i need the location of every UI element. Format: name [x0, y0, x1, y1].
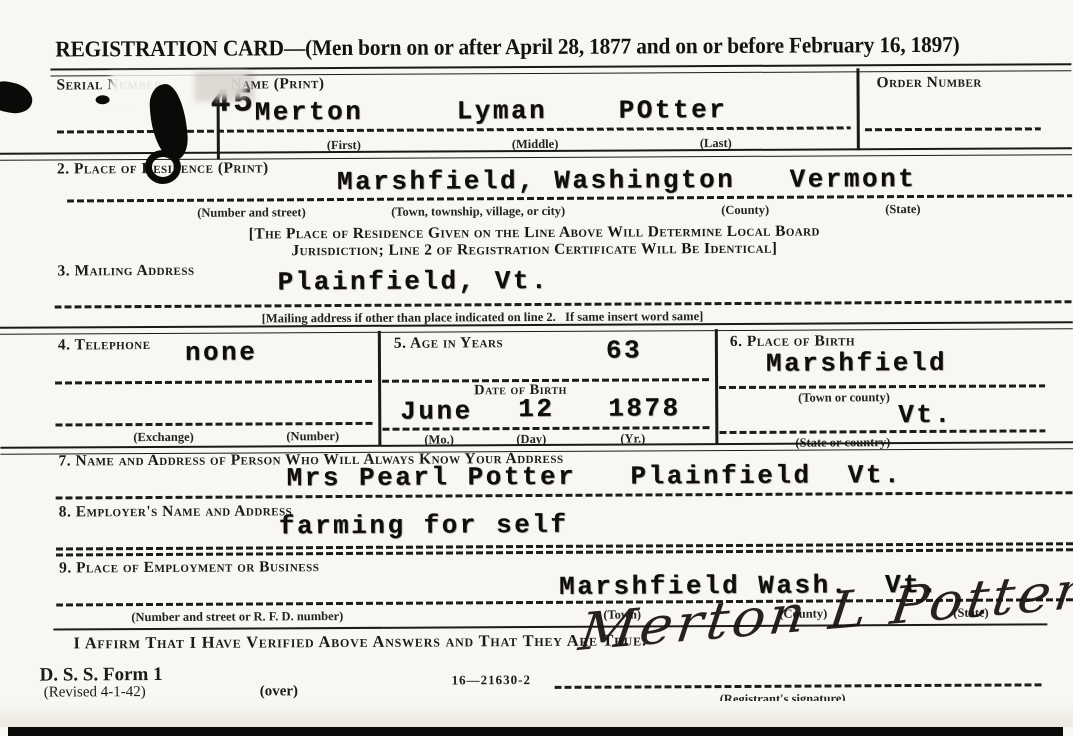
birth-year-value: 1878	[608, 393, 681, 423]
card-eligibility-note: —(Men born on or after April 28, 1877 an…	[284, 32, 960, 61]
ink-ring-artifact	[145, 150, 181, 184]
contact-line	[56, 491, 1073, 499]
age-value: 63	[606, 335, 642, 365]
residence-sub-state: (State)	[885, 202, 920, 217]
residence-sub-street: (Number and street)	[197, 205, 306, 221]
birth-place-state-value: Vt.	[898, 400, 952, 430]
card-header: REGISTRATION CARD—(Men born on or after …	[55, 32, 959, 63]
mailing-line	[55, 300, 1073, 308]
name-last-value: POtter	[619, 95, 728, 126]
affirmation-text: I Affirm That I Have Verified Above Answ…	[73, 630, 647, 653]
scan-edge-bar	[8, 727, 1063, 736]
employer-line2	[56, 548, 1073, 556]
telephone-line1	[55, 380, 375, 384]
ink-dot-artifact	[96, 95, 110, 104]
employment-sub-street: (Number and street or R. F. D. number)	[131, 609, 343, 625]
residence-sub-county: (County)	[721, 203, 769, 218]
card-content: REGISTRATION CARD—(Men born on or after …	[0, 0, 1073, 736]
order-number-line	[865, 127, 1041, 131]
employment-label: 9. Place of Employment or Business	[59, 558, 319, 577]
age-label: 5. Age in Years	[394, 334, 503, 353]
scan-bottom-shade	[0, 701, 1073, 727]
contact-value: Mrs Pearl Potter Plainfield Vt.	[286, 460, 902, 493]
telephone-value: none	[185, 337, 258, 367]
order-number-divider	[856, 68, 859, 150]
registration-card-scan: REGISTRATION CARD—(Men born on or after …	[0, 0, 1073, 736]
birth-place-town-sub: (Town or county)	[798, 390, 890, 405]
mailing-value: Plainfield, Vt.	[277, 266, 549, 297]
telephone-line2	[55, 422, 375, 426]
birth-place-town-value: Marshfield	[766, 348, 947, 379]
name-label-smudge-artifact	[194, 71, 254, 101]
residence-sub-town: (Town, township, village, or city)	[391, 204, 565, 220]
form-revision: (Revised 4-1-42)	[44, 684, 146, 702]
birth-day-value: 12	[518, 394, 554, 424]
corner-ink-blot-artifact	[0, 79, 35, 117]
birth-place-town-line	[719, 384, 1045, 388]
jurisdiction-note-line2: Jurisdiction; Line 2 of Registration Cer…	[94, 239, 974, 261]
name-first-value: Merton	[255, 97, 364, 128]
employer-label: 8. Employer's Name and Address	[59, 502, 293, 521]
over-note: (over)	[260, 683, 298, 700]
birth-date-line	[382, 426, 712, 430]
row3-bottom-rule	[0, 321, 1073, 335]
mailing-label: 3. Mailing Address	[57, 262, 194, 281]
telephone-label: 4. Telephone	[58, 336, 151, 354]
birth-month-value: June	[400, 396, 473, 426]
print-code: 16—21630-2	[452, 672, 531, 688]
telephone-age-divider	[378, 331, 381, 446]
card-title: REGISTRATION CARD	[55, 35, 284, 61]
birth-place-state-line	[719, 429, 1045, 433]
order-number-label: Order Number	[876, 74, 981, 93]
signature-line	[555, 683, 1043, 688]
name-middle-value: Lyman	[457, 96, 548, 126]
age-birthplace-divider	[715, 329, 718, 444]
employer-value: farming for self	[279, 510, 569, 542]
residence-jurisdiction-note: [The Place of Residence Given on the Lin…	[94, 222, 974, 261]
telephone-sub-number: (Number)	[286, 429, 339, 444]
residence-value: Marshfield, Washington Vermont	[337, 164, 916, 197]
serial-name-divider	[217, 98, 220, 160]
telephone-sub-exchange: (Exchange)	[133, 430, 193, 445]
